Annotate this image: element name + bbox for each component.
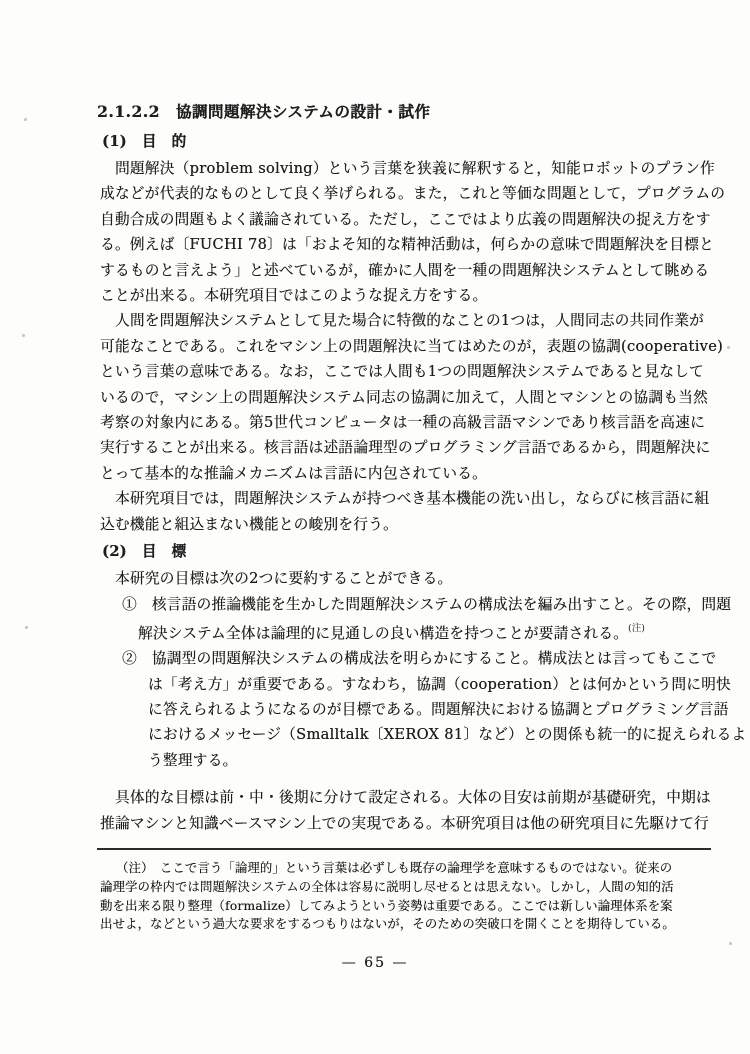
scanned-document-page: 2.1.2.2 協調問題解決システムの設計・試作 (1) 目 的問題解決（pro… (0, 0, 750, 1054)
text-line: という言葉の意味である。なお，ここでは人間も1つの問題解決システムであると見なし… (100, 359, 712, 384)
document-content: 2.1.2.2 協調問題解決システムの設計・試作 (1) 目 的問題解決（pro… (0, 0, 750, 934)
text-line: 動を出来る限り整理（formalize）してみようという姿勢は重要である。ここで… (100, 897, 712, 916)
text-line: 推論マシンと知識ベースマシン上での実現である。本研究項目は他の研究項目に先駆けて… (100, 811, 712, 836)
section-heading: 2.1.2.2 協調問題解決システムの設計・試作 (97, 97, 712, 127)
text-line (100, 773, 712, 785)
text-line: 込む機能と組込まない機能との峻別を行う。 (100, 512, 712, 537)
scan-noise (22, 334, 25, 337)
text-line: するものと言えよう」と述べているが，確かに人間を一種の問題解決システムとして眺め… (100, 258, 712, 283)
text-line: とって基本的な推論メカニズムは言語に内包されている。 (100, 461, 712, 486)
text-line: 本研究項目では，問題解決システムが持つべき基本機能の洗い出し，ならびに核言語に組 (100, 486, 712, 511)
text-line: う整理する。 (100, 748, 712, 773)
text-line: 解決システム全体は論理的に見通しの良い構造を持つことが要請される。(注) (100, 617, 712, 646)
scan-noise (24, 118, 27, 121)
text-line: 論理学の枠内では問題解決システムの全体は容易に説明し尽せるとは思えない。しかし，… (100, 878, 712, 897)
text-line: (2) 目 標 (100, 537, 712, 566)
page-number: — 65 — (0, 955, 750, 971)
document-body: (1) 目 的問題解決（problem solving）という言葉を狭義に解釈す… (100, 127, 712, 836)
scan-noise (727, 346, 730, 349)
scan-noise (729, 942, 732, 945)
text-line: ことが出来る。本研究項目ではこのような捉え方をする。 (100, 283, 712, 308)
text-line: 出せよ，などという過大な要求をするつもりはないが，そのための突破口を開くことを期… (100, 915, 712, 934)
text-line: ① 核言語の推論機能を生かした問題解決システムの構成法を編み出すこと。その際，問… (100, 592, 712, 617)
text-line: 具体的な目標は前・中・後期に分けて設定される。大体の目安は前期が基礎研究，中期は (100, 785, 712, 810)
text-line: は「考え方」が重要である。すなわち，協調（cooperation）とは何かという… (100, 672, 712, 697)
scan-noise (25, 626, 28, 629)
text-line: (1) 目 的 (100, 127, 712, 156)
text-line: 可能なことである。これをマシン上の問題解決に当てはめたのが，表題の協調(coop… (100, 334, 712, 359)
text-line: 問題解決（problem solving）という言葉を狭義に解釈すると，知能ロボ… (100, 156, 712, 181)
text-line: 人間を問題解決システムとして見た場合に特徴的なことの1つは，人間同志の共同作業が (100, 308, 712, 333)
text-line: に答えられるようになるのが目標である。問題解決における協調とプログラミング言語 (100, 697, 712, 722)
text-line: る。例えば〔FUCHI 78〕は「およそ知的な精神活動は，何らかの意味で問題解決… (100, 232, 712, 257)
text-line: 考察の対象内にある。第5世代コンピュータは一種の高級言語マシンであり核言語を高速… (100, 410, 712, 435)
text-line: 成などが代表的なものとして良く挙げられる。また，これと等価な問題として，プログラ… (100, 181, 712, 206)
text-line: 実行することが出来る。核言語は述語論理型のプログラミング言語であるから，問題解決… (100, 435, 712, 460)
text-line: 自動合成の問題もよく議論されている。ただし，ここではより広義の問題解決の捉え方を… (100, 207, 712, 232)
footnote: （注） ここで言う「論理的」という言葉は必ずしも既存の論理学を意味するものではな… (100, 859, 712, 934)
footnote-divider (97, 848, 711, 850)
text-line: （注） ここで言う「論理的」という言葉は必ずしも既存の論理学を意味するものではな… (100, 859, 712, 878)
text-line: いるので，マシン上の問題解決システム同志の協調に加えて，人間とマシンとの協調も当… (100, 385, 712, 410)
text-line: におけるメッセージ（Smalltalk〔XEROX 81〕など）との関係も統一的… (100, 722, 712, 747)
text-line: ② 協調型の問題解決システムの構成法を明らかにすること。構成法とは言ってもここで (100, 646, 712, 671)
text-line: 本研究の目標は次の2つに要約することができる。 (100, 566, 712, 591)
footnote-reference: (注) (628, 623, 645, 634)
